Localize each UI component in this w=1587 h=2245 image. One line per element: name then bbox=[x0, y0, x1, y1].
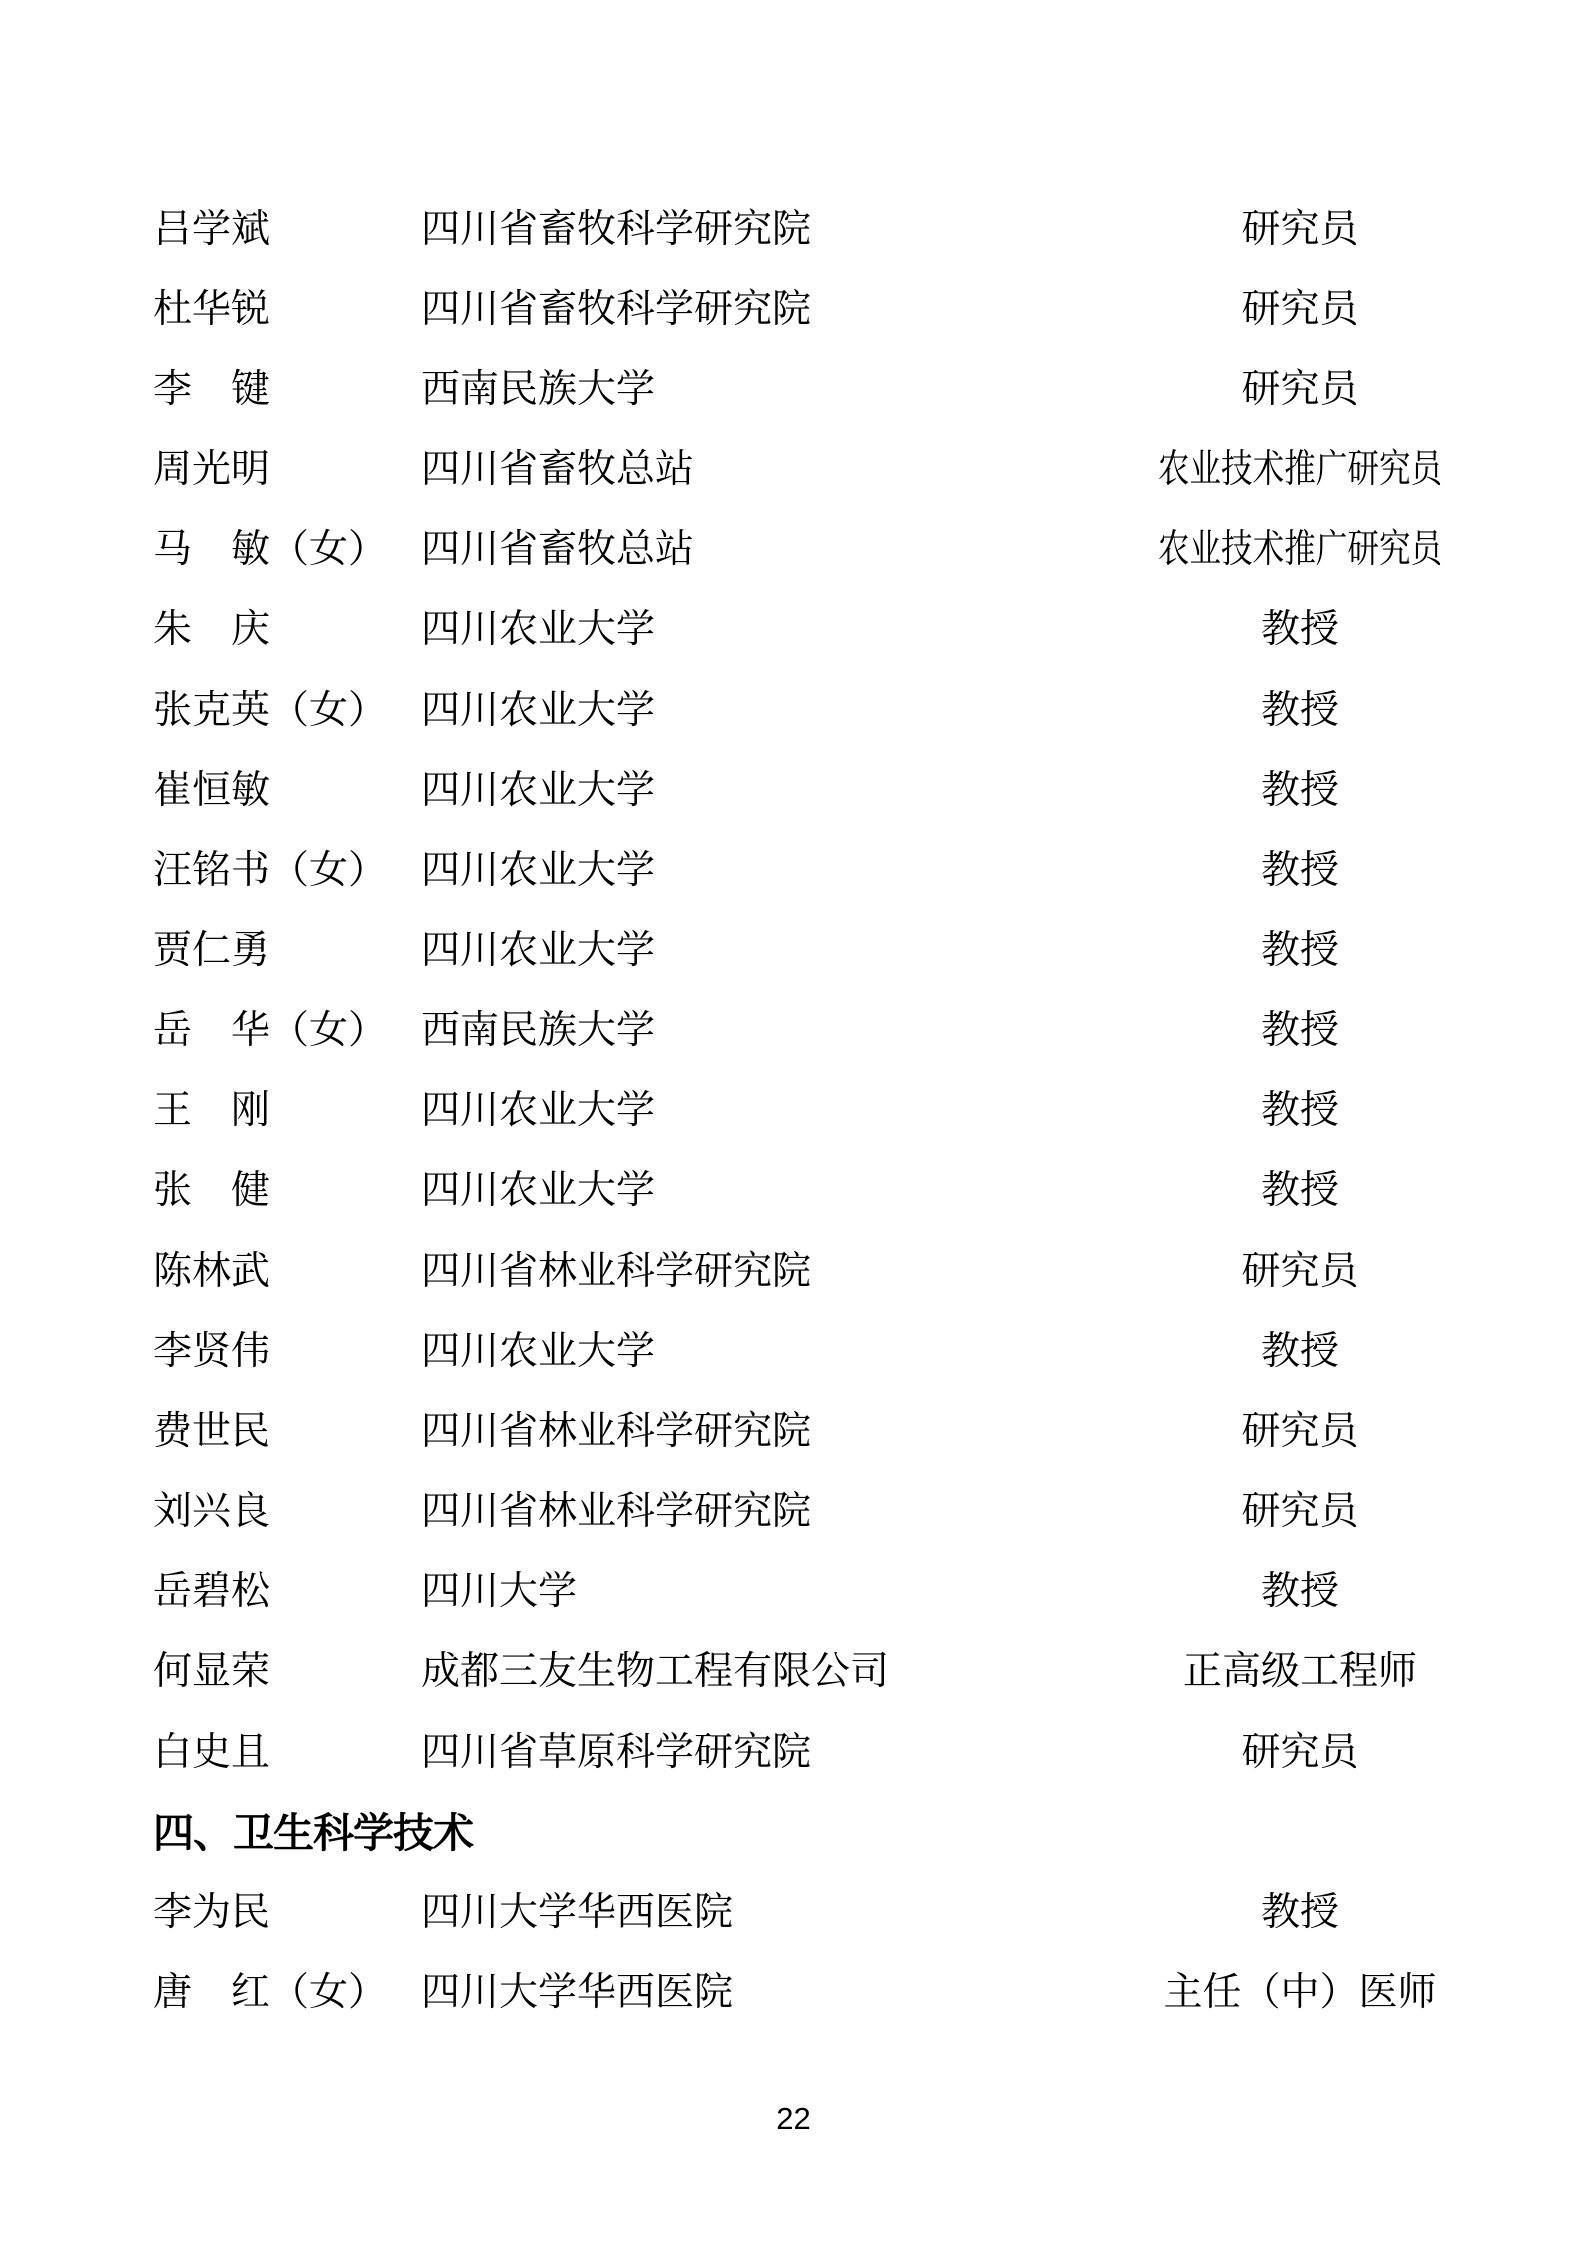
professional-title: 研究员 bbox=[1100, 1412, 1500, 1453]
person-name: 岳 华（女） bbox=[153, 1011, 421, 1052]
professional-title: 正高级工程师 bbox=[1100, 1652, 1500, 1693]
section-header-row: 四、卫生科学技术 bbox=[153, 1793, 1500, 1873]
organization: 四川省畜牧科学研究院 bbox=[421, 290, 1100, 331]
professional-title: 教授 bbox=[1100, 1091, 1500, 1132]
professional-title: 研究员 bbox=[1100, 1252, 1500, 1293]
professional-title: 教授 bbox=[1100, 931, 1500, 972]
table-row: 李为民 四川大学华西医院 教授 bbox=[153, 1873, 1500, 1953]
organization: 四川农业大学 bbox=[421, 691, 1100, 732]
table-row: 何显荣 成都三友生物工程有限公司 正高级工程师 bbox=[153, 1633, 1500, 1713]
organization: 四川大学华西医院 bbox=[421, 1973, 1100, 2014]
table-row: 费世民 四川省林业科学研究院 研究员 bbox=[153, 1392, 1500, 1472]
professional-title: 研究员 bbox=[1100, 290, 1500, 331]
person-name: 杜华锐 bbox=[153, 290, 421, 331]
professional-title: 农业技术推广研究员 bbox=[1138, 530, 1462, 571]
organization: 四川省林业科学研究院 bbox=[421, 1252, 1100, 1293]
person-name: 岳碧松 bbox=[153, 1572, 421, 1613]
person-name: 陈林武 bbox=[153, 1252, 421, 1293]
professional-title: 教授 bbox=[1100, 610, 1500, 651]
table-row: 岳碧松 四川大学 教授 bbox=[153, 1553, 1500, 1633]
professional-title: 主任（中）医师 bbox=[1100, 1973, 1500, 2014]
professional-title: 教授 bbox=[1100, 771, 1500, 812]
organization: 四川农业大学 bbox=[421, 771, 1100, 812]
organization: 西南民族大学 bbox=[421, 370, 1100, 411]
organization: 四川省畜牧科学研究院 bbox=[421, 210, 1100, 251]
professional-title: 研究员 bbox=[1100, 210, 1500, 251]
organization: 四川农业大学 bbox=[421, 1332, 1100, 1373]
organization: 四川省畜牧总站 bbox=[421, 450, 1100, 491]
person-name: 张 健 bbox=[153, 1171, 421, 1212]
table-row: 贾仁勇 四川农业大学 教授 bbox=[153, 911, 1500, 991]
table-row: 汪铭书（女） 四川农业大学 教授 bbox=[153, 831, 1500, 911]
person-name: 李贤伟 bbox=[153, 1332, 421, 1373]
person-name: 汪铭书（女） bbox=[153, 851, 421, 892]
table-row: 白史且 四川省草原科学研究院 研究员 bbox=[153, 1713, 1500, 1793]
person-name: 马 敏（女） bbox=[153, 530, 421, 571]
table-row: 陈林武 四川省林业科学研究院 研究员 bbox=[153, 1232, 1500, 1312]
organization: 西南民族大学 bbox=[421, 1011, 1100, 1052]
professional-title: 教授 bbox=[1100, 1171, 1500, 1212]
professional-title: 教授 bbox=[1100, 1893, 1500, 1934]
table-row: 杜华锐 四川省畜牧科学研究院 研究员 bbox=[153, 270, 1500, 350]
section-heading: 四、卫生科学技术 bbox=[153, 1812, 473, 1855]
organization: 四川农业大学 bbox=[421, 851, 1100, 892]
professional-title: 教授 bbox=[1100, 1572, 1500, 1613]
table-row: 唐 红（女） 四川大学华西医院 主任（中）医师 bbox=[153, 1953, 1500, 2033]
person-name: 王 刚 bbox=[153, 1091, 421, 1132]
organization: 四川省草原科学研究院 bbox=[421, 1733, 1100, 1774]
table-row: 崔恒敏 四川农业大学 教授 bbox=[153, 751, 1500, 831]
table-row: 李 键 西南民族大学 研究员 bbox=[153, 350, 1500, 430]
person-name: 刘兴良 bbox=[153, 1492, 421, 1533]
table-row: 刘兴良 四川省林业科学研究院 研究员 bbox=[153, 1473, 1500, 1553]
organization: 四川农业大学 bbox=[421, 931, 1100, 972]
table-row: 张 健 四川农业大学 教授 bbox=[153, 1152, 1500, 1232]
professional-title: 教授 bbox=[1100, 691, 1500, 732]
table-row: 朱 庆 四川农业大学 教授 bbox=[153, 591, 1500, 671]
table-row: 马 敏（女） 四川省畜牧总站 农业技术推广研究员 bbox=[153, 511, 1500, 591]
organization: 四川大学 bbox=[421, 1572, 1100, 1613]
table-row: 周光明 四川省畜牧总站 农业技术推广研究员 bbox=[153, 430, 1500, 510]
table-row: 岳 华（女） 西南民族大学 教授 bbox=[153, 992, 1500, 1072]
professional-title: 教授 bbox=[1100, 1332, 1500, 1373]
person-name: 白史且 bbox=[153, 1733, 421, 1774]
organization: 四川省林业科学研究院 bbox=[421, 1412, 1100, 1453]
person-name: 贾仁勇 bbox=[153, 931, 421, 972]
professional-title: 研究员 bbox=[1100, 370, 1500, 411]
organization: 四川大学华西医院 bbox=[421, 1893, 1100, 1934]
professional-title: 研究员 bbox=[1100, 1492, 1500, 1533]
organization: 四川省林业科学研究院 bbox=[421, 1492, 1100, 1533]
document-page: 吕学斌 四川省畜牧科学研究院 研究员 杜华锐 四川省畜牧科学研究院 研究员 李 … bbox=[0, 0, 1587, 2245]
professional-title: 教授 bbox=[1100, 851, 1500, 892]
person-name: 崔恒敏 bbox=[153, 771, 421, 812]
page-number: 22 bbox=[0, 2103, 1587, 2134]
person-name: 李 键 bbox=[153, 370, 421, 411]
organization: 四川省畜牧总站 bbox=[421, 530, 1100, 571]
organization: 四川农业大学 bbox=[421, 1091, 1100, 1132]
person-name: 李为民 bbox=[153, 1893, 421, 1934]
person-name: 唐 红（女） bbox=[153, 1973, 421, 2014]
person-name: 朱 庆 bbox=[153, 610, 421, 651]
table-row: 张克英（女） 四川农业大学 教授 bbox=[153, 671, 1500, 751]
person-name: 吕学斌 bbox=[153, 210, 421, 251]
table-row: 李贤伟 四川农业大学 教授 bbox=[153, 1312, 1500, 1392]
person-name: 何显荣 bbox=[153, 1652, 421, 1693]
person-name: 张克英（女） bbox=[153, 691, 421, 732]
professional-title: 农业技术推广研究员 bbox=[1138, 450, 1462, 491]
organization: 四川农业大学 bbox=[421, 1171, 1100, 1212]
professional-title: 教授 bbox=[1100, 1011, 1500, 1052]
table-row: 王 刚 四川农业大学 教授 bbox=[153, 1072, 1500, 1152]
organization: 成都三友生物工程有限公司 bbox=[421, 1652, 1100, 1693]
organization: 四川农业大学 bbox=[421, 610, 1100, 651]
people-list: 吕学斌 四川省畜牧科学研究院 研究员 杜华锐 四川省畜牧科学研究院 研究员 李 … bbox=[153, 190, 1500, 2034]
table-row: 吕学斌 四川省畜牧科学研究院 研究员 bbox=[153, 190, 1500, 270]
person-name: 周光明 bbox=[153, 450, 421, 491]
professional-title: 研究员 bbox=[1100, 1733, 1500, 1774]
person-name: 费世民 bbox=[153, 1412, 421, 1453]
